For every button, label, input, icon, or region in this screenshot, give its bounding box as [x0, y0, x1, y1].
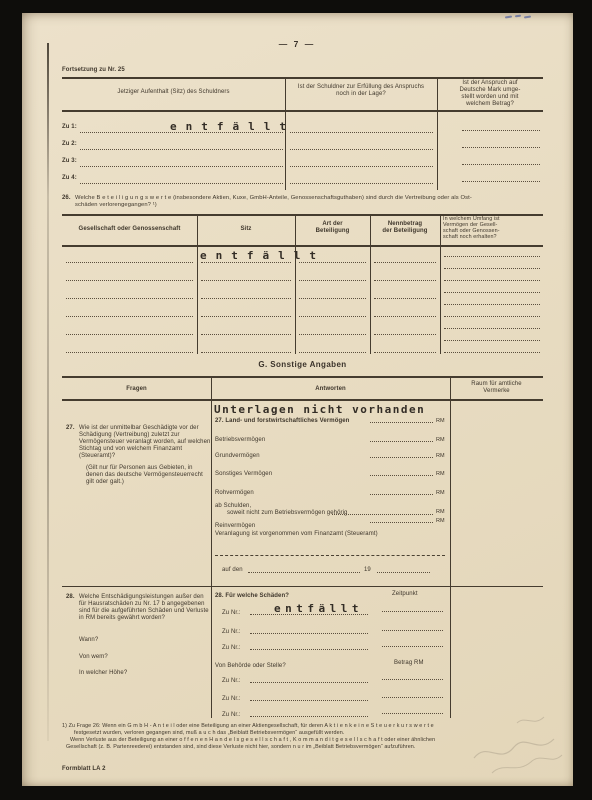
column-header-sitz: Sitz: [199, 226, 293, 233]
q28-answer-head-behoerde: Von Behörde oder Stelle?: [215, 663, 286, 670]
q27-item-sublabel: soweit nicht zum Betriebsvermögen gehöri…: [227, 510, 348, 517]
question-27-number: 27.: [66, 425, 75, 432]
q27-item-label: Grundvermögen: [215, 453, 260, 460]
footnote-line: 1) Zu Frage 26: Wenn ein G m b H - A n t…: [62, 723, 542, 729]
writing-line: [462, 130, 540, 131]
blue-ink-mark: [505, 16, 512, 19]
writing-line: [444, 352, 540, 353]
row-label-zu-2: Zu 2:: [62, 141, 77, 148]
writing-line: [201, 316, 291, 317]
writing-line: [374, 298, 436, 299]
writing-line: [299, 298, 366, 299]
table-border: [197, 214, 198, 354]
column-header-erfuellung: noch in der Lage?: [285, 91, 437, 98]
writing-line: [248, 572, 360, 573]
writing-line: [66, 262, 193, 263]
question-26-text: schäden verlorengegangen? ¹): [75, 202, 545, 209]
question-27-text: Wie ist der unmittelbar Geschädigte vor …: [79, 425, 211, 460]
rm-unit-label: RM: [436, 509, 445, 515]
form-page: — 7 — Fortsetzung zu Nr. 25 Jetziger Auf…: [22, 13, 573, 786]
writing-line: [290, 149, 433, 150]
writing-line: [290, 183, 433, 184]
writing-line: [80, 183, 283, 184]
table-border: [370, 214, 371, 354]
writing-line: [201, 352, 291, 353]
writing-line: [444, 292, 540, 293]
writing-line: [377, 572, 430, 573]
column-header-umfang: schaft noch erhalten?: [443, 234, 541, 240]
column-header-dm-umstellung: welchem Betrag?: [439, 101, 541, 108]
writing-line: [382, 713, 443, 714]
question-28-number: 28.: [66, 594, 75, 601]
writing-line: [370, 457, 433, 458]
rm-unit-label: RM: [436, 453, 445, 459]
column-header-dm-umstellung: Ist der Anspruch auf: [439, 80, 541, 87]
zu-nr-label: Zu Nr.:: [222, 629, 241, 636]
zu-nr-label: Zu Nr.:: [222, 712, 241, 719]
column-header-gesellschaft: Gesellschaft oder Genossenschaft: [64, 226, 195, 233]
writing-line: [462, 147, 540, 148]
table-border: [437, 77, 438, 190]
table-border: [62, 399, 543, 401]
table-border: [62, 77, 543, 79]
zeitpunkt-label: Zeitpunkt: [392, 591, 418, 598]
writing-line: [290, 166, 433, 167]
q28-sub-wann: Wann?: [79, 637, 98, 644]
zu-nr-label: Zu Nr.:: [222, 610, 241, 617]
scanned-document: — 7 — Fortsetzung zu Nr. 25 Jetziger Auf…: [0, 0, 592, 800]
table-border: [62, 245, 543, 247]
writing-line: [250, 700, 368, 701]
writing-line: [201, 280, 291, 281]
writing-line: [80, 166, 283, 167]
table-border: [440, 214, 441, 354]
writing-line: [201, 262, 291, 263]
writing-line: [374, 280, 436, 281]
blue-ink-mark: [524, 15, 531, 18]
column-header-vermerke: Vermerke: [450, 388, 543, 395]
column-header-schuldner-aufenthalt: Jetziger Aufenthalt (Sitz) des Schuldner…: [62, 89, 285, 96]
table-border: [62, 110, 543, 112]
writing-line: [462, 164, 540, 165]
column-header-dm-umstellung: Deutsche Mark umge-: [439, 87, 541, 94]
writing-line: [374, 352, 436, 353]
writing-line: [299, 352, 366, 353]
column-header-dm-umstellung: stellt worden und mit: [439, 94, 541, 101]
column-header-erfuellung: Ist der Schuldner zur Erfüllung des Ansp…: [285, 84, 437, 91]
writing-line: [382, 630, 443, 631]
writing-line: [444, 328, 540, 329]
writing-line: [250, 716, 368, 717]
writing-line: [80, 149, 283, 150]
divider-line: [215, 555, 445, 556]
writing-line: [370, 522, 433, 523]
writing-line: [299, 334, 366, 335]
column-header-fragen: Fragen: [62, 386, 211, 393]
writing-line: [370, 494, 433, 495]
q27-item-label: Sonstiges Vermögen: [215, 471, 272, 478]
column-header-art: Art der: [297, 221, 368, 228]
writing-line: [370, 441, 433, 442]
writing-line: [299, 262, 366, 263]
question-26-text: Welche B e t e i l i g u n g s w e r t e…: [75, 195, 545, 202]
footnote-line: Gesellschaft (z. B. Partenreederei) ents…: [66, 744, 542, 750]
column-header-vermerke: Raum für amtliche: [450, 381, 543, 388]
table-border: [62, 376, 543, 378]
continuation-caption: Fortsetzung zu Nr. 25: [62, 67, 125, 74]
row-label-zu-3: Zu 3:: [62, 158, 77, 165]
writing-line: [332, 514, 433, 515]
table-border: [295, 214, 296, 354]
footnote-line: festgesetzt wurden, verloren gegangen si…: [74, 730, 542, 736]
writing-line: [382, 646, 443, 647]
table-border: [450, 376, 451, 718]
q28-answer-head-schaeden: 28. Für welche Schäden?: [215, 593, 289, 600]
writing-line: [201, 334, 291, 335]
footnote-line: Wenn Verluste aus der Beteiligung an ein…: [70, 737, 542, 743]
row-label-zu-4: Zu 4:: [62, 175, 77, 182]
writing-line: [370, 422, 433, 423]
rm-unit-label: RM: [436, 471, 445, 477]
auf-den-label: auf den: [222, 567, 243, 574]
q27-item-label: Rohvermögen: [215, 490, 254, 497]
typed-entry-entfaellt: entfällt: [200, 249, 325, 262]
writing-line: [290, 132, 433, 133]
writing-line: [382, 679, 443, 680]
typed-entry-entfaellt: entfällt: [274, 602, 363, 615]
question-27-note: (Gilt nur für Personen aus Gebieten, in …: [86, 465, 208, 486]
typed-entry-unterlagen: Unterlagen nicht vorhanden: [214, 403, 425, 416]
writing-line: [462, 181, 540, 182]
q27-item-label: 27. Land- und forstwirtschaftliches Verm…: [215, 418, 349, 425]
year-prefix-label: 19: [364, 567, 371, 574]
section-g-title: G. Sonstige Angaben: [62, 360, 543, 369]
writing-line: [299, 316, 366, 317]
writing-line: [66, 334, 193, 335]
writing-line: [66, 352, 193, 353]
question-26-number: 26.: [62, 195, 71, 202]
q28-sub-hoehe: In welcher Höhe?: [79, 670, 127, 677]
zu-nr-label: Zu Nr.:: [222, 696, 241, 703]
writing-line: [382, 611, 443, 612]
writing-line: [382, 697, 443, 698]
writing-line: [444, 280, 540, 281]
writing-line: [370, 475, 433, 476]
writing-line: [66, 280, 193, 281]
writing-line: [444, 268, 540, 269]
writing-line: [374, 262, 436, 263]
writing-line: [66, 316, 193, 317]
column-header-nennbetrag: Nennbetrag: [372, 221, 438, 228]
zu-nr-label: Zu Nr.:: [222, 678, 241, 685]
page-number: — 7 —: [257, 39, 337, 49]
betrag-rm-label: Betrag RM: [394, 660, 424, 667]
writing-line: [444, 304, 540, 305]
blue-ink-mark: [515, 15, 521, 18]
table-border: [211, 376, 212, 718]
question-28-text: Welche Entschädigungsleistungen außer de…: [79, 594, 211, 622]
zu-nr-label: Zu Nr.:: [222, 645, 241, 652]
writing-line: [374, 316, 436, 317]
column-header-nennbetrag: der Beteiligung: [372, 228, 438, 235]
writing-line: [444, 316, 540, 317]
table-border: [62, 586, 543, 587]
writing-line: [299, 280, 366, 281]
writing-line: [66, 298, 193, 299]
rm-unit-label: RM: [436, 518, 445, 524]
writing-line: [444, 256, 540, 257]
rm-unit-label: RM: [436, 437, 445, 443]
column-header-antworten: Antworten: [211, 386, 450, 393]
writing-line: [444, 340, 540, 341]
form-id-label: Formblatt LA 2: [62, 766, 106, 773]
writing-line: [250, 633, 368, 634]
q27-item-label: Reinvermögen: [215, 523, 255, 530]
q28-sub-von-wem: Von wem?: [79, 654, 108, 661]
writing-line: [201, 298, 291, 299]
writing-line: [250, 682, 368, 683]
q27-item-label: ab Schulden,: [215, 503, 251, 510]
column-header-art: Beteiligung: [297, 228, 368, 235]
rm-unit-label: RM: [436, 490, 445, 496]
writing-line: [374, 334, 436, 335]
q27-footer-text: Veranlagung ist vorgenommen vom Finanzam…: [215, 531, 378, 538]
row-label-zu-1: Zu 1:: [62, 124, 77, 131]
rm-unit-label: RM: [436, 418, 445, 424]
typed-entry-entfaellt: entfällt: [170, 120, 295, 133]
q27-item-label: Betriebsvermögen: [215, 437, 265, 444]
writing-line: [250, 649, 368, 650]
paper-crease-line: [47, 43, 49, 741]
